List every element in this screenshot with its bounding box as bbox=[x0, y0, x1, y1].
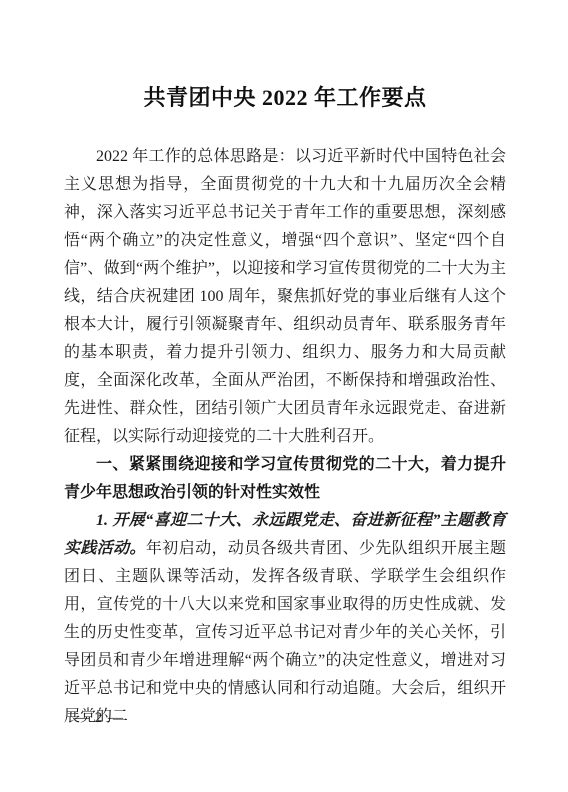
document-page: 共青团中央 2022 年工作要点 2022 年工作的总体思路是：以习近平新时代中… bbox=[0, 0, 568, 792]
item-1-body-text: 年初启动，动员各级共青团、少先队组织开展主题团日、主题队课等活动，发挥各级青联、… bbox=[64, 540, 506, 725]
intro-paragraph: 2022 年工作的总体思路是：以习近平新时代中国特色社会主义思想为指导，全面贯彻… bbox=[64, 143, 506, 451]
page-number: — 2 — bbox=[74, 708, 124, 728]
section-1-heading: 一、紧紧围绕迎接和学习宣传贯彻党的二十大，着力提升青少年思想政治引领的针对性实效… bbox=[64, 451, 506, 507]
document-body: 2022 年工作的总体思路是：以习近平新时代中国特色社会主义思想为指导，全面贯彻… bbox=[64, 143, 506, 731]
document-content: 共青团中央 2022 年工作要点 2022 年工作的总体思路是：以习近平新时代中… bbox=[64, 0, 506, 731]
document-title: 共青团中央 2022 年工作要点 bbox=[64, 84, 506, 112]
item-1-paragraph: 1. 开展“喜迎二十大、永远跟党走、奋进新征程”主题教育实践活动。年初启动，动员… bbox=[64, 507, 506, 731]
